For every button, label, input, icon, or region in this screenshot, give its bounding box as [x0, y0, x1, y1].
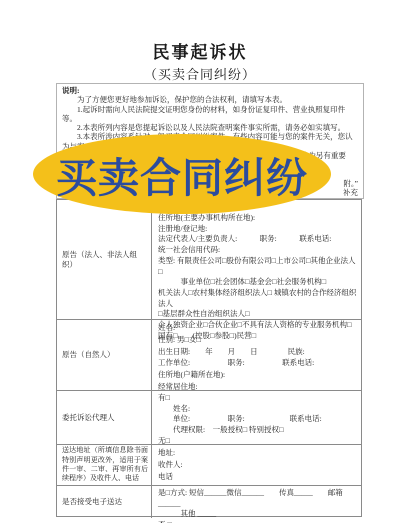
table-row: 是否接受电子送达是□方式: 短信______微信______ 传真_____ 邮…: [57, 485, 361, 518]
content-line: 收件人:: [158, 459, 357, 471]
content-line: 类型: 有限责任公司□股份有限公司□上市公司□其他企业法人□: [158, 256, 357, 277]
content-line: 注册地/登记地:: [158, 224, 357, 235]
row-content: 姓名:性别: 男□女□出生日期: 年 月 日 民族:工作单位: 职务: 联系电话…: [152, 320, 361, 390]
content-line: 姓名:: [158, 404, 357, 415]
content-line: 出生日期: 年 月 日 民族:: [158, 346, 357, 358]
content-line: □基层群众性自治组织法人□: [158, 309, 357, 320]
table-row: 原告（法人、非法人组织）住所地(主要办事机构所在地):注册地/登记地:法定代表人…: [57, 200, 361, 319]
content-line: 姓名:: [158, 322, 357, 334]
row-label: 送达地址（所填信息除书面特别声明更改外，适用于案件一审、二审、再审所有后续程序）…: [57, 445, 152, 485]
form-table: 原告（法人、非法人组织）住所地(主要办事机构所在地):注册地/登记地:法定代表人…: [56, 199, 362, 517]
content-line: 电话: [158, 471, 357, 483]
content-line: 性别: 男□女□: [158, 334, 357, 346]
content-line: 地址:: [158, 447, 357, 459]
covered-fragment-2: 补充: [343, 188, 358, 197]
table-row: 委托诉讼代理人有□ 姓名: 单位: 职务: 联系电话: 代理权限: 一般授权□ …: [57, 390, 361, 444]
dispute-type-badge: 买卖合同纠纷: [33, 134, 331, 214]
content-line: 代理权限: 一般授权□ 特别授权□: [158, 425, 357, 436]
content-line: 有□: [158, 393, 357, 404]
row-content: 住所地(主要办事机构所在地):注册地/登记地:法定代表人/主要负责人: 职务: …: [152, 200, 361, 319]
table-row: 原告（自然人）姓名:性别: 男□女□出生日期: 年 月 日 民族:工作单位: 职…: [57, 319, 361, 390]
covered-fragment-1: 附。”: [343, 179, 358, 188]
content-line: 工作单位: 职务: 联系电话:: [158, 357, 357, 369]
table-row: 送达地址（所填信息除书面特别声明更改外，适用于案件一审、二审、再审所有后续程序）…: [57, 444, 361, 485]
instruction-line: 为了方便您更好地参加诉讼，保护您的合法权利，请填写本表。: [62, 95, 358, 104]
doc-title: 民事起诉状: [0, 38, 400, 63]
content-line: 住所地(户籍所在地):: [158, 369, 357, 381]
row-label: 原告（法人、非法人组织）: [57, 200, 152, 319]
row-content: 是□方式: 短信______微信______ 传真_____ 邮箱______ …: [152, 486, 361, 518]
content-line: 法定代表人/主要负责人: 职务: 联系电话:: [158, 234, 357, 245]
content-line: 单位: 职务: 联系电话:: [158, 414, 357, 425]
row-label: 原告（自然人）: [57, 320, 152, 390]
row-content: 地址:收件人:电话: [152, 445, 361, 485]
content-line: 统一社会信用代码:: [158, 245, 357, 256]
instruction-line: 说明:: [62, 86, 358, 95]
doc-subtitle: （买卖合同纠纷）: [0, 64, 400, 83]
content-line: 机关法人□农村集体经济组织法人□ 城镇农村的合作经济组织法人: [158, 288, 357, 309]
row-label: 委托诉讼代理人: [57, 391, 152, 444]
content-line: 其他 _____: [158, 509, 357, 520]
badge-text: 买卖合同纠纷: [56, 145, 308, 204]
document-page: 民事起诉状 （买卖合同纠纷） 说明: 为了方便您更好地参加诉讼，保护您的合法权利…: [0, 0, 400, 523]
instruction-line: 1.起诉时需向人民法院提交证明您身份的材料，如身份证复印件、营业执照复印件等。: [62, 105, 358, 124]
content-line: 事业单位□社会团体□基金会□社会服务机构□: [158, 277, 357, 288]
content-line: 住所地(主要办事机构所在地):: [158, 213, 357, 224]
row-content: 有□ 姓名: 单位: 职务: 联系电话: 代理权限: 一般授权□ 特别授权□无□: [152, 391, 361, 444]
row-label: 是否接受电子送达: [57, 486, 152, 518]
content-line: 是□方式: 短信______微信______ 传真_____ 邮箱______: [158, 488, 357, 509]
